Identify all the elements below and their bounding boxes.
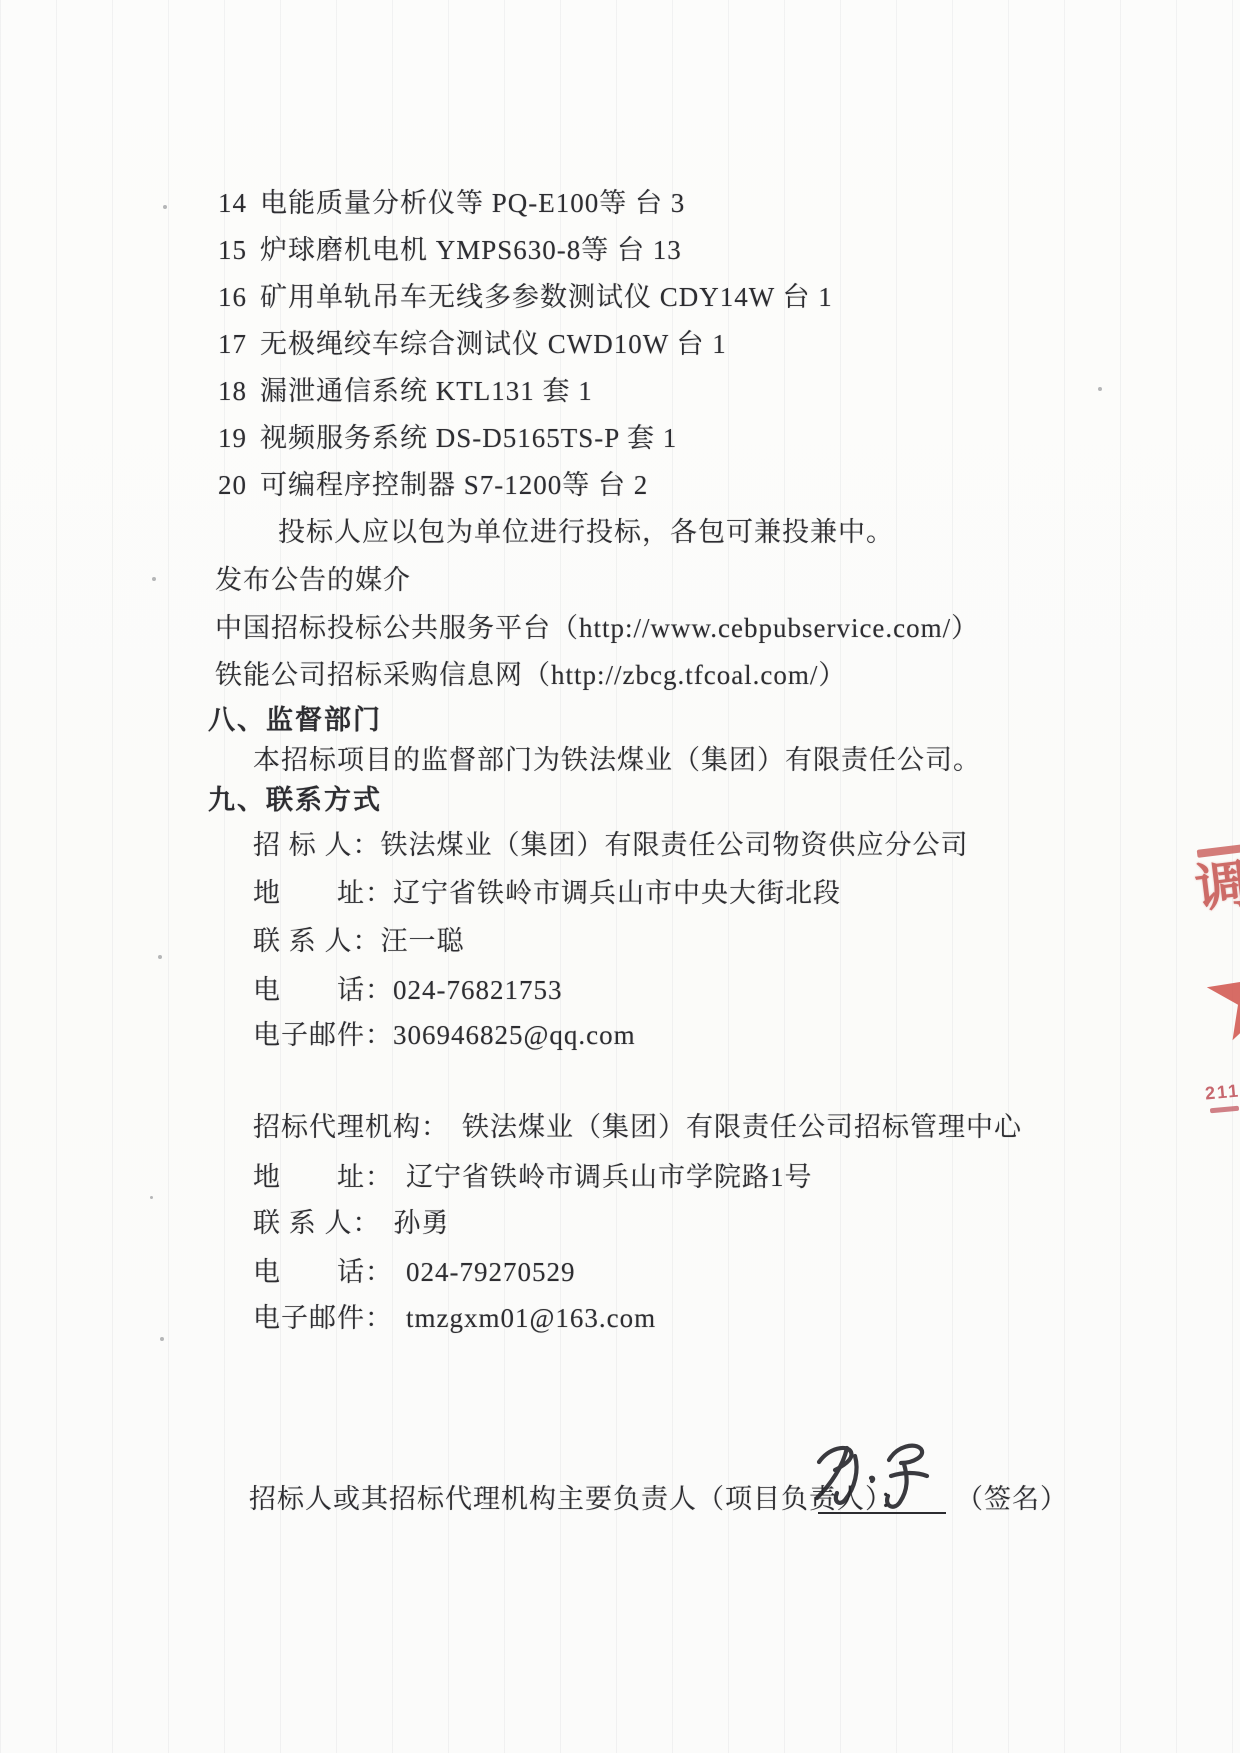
field-label: 联 系 人： [253, 924, 381, 958]
bidding-note: 投标人应以包为单位进行投标，各包可兼投兼中。 [278, 515, 894, 549]
field-value: tmzgxm01@163.com [406, 1301, 656, 1335]
section8-body: 本招标项目的监督部门为铁法煤业（集团）有限责任公司。 [253, 743, 981, 777]
item-number: 20 [218, 468, 247, 502]
item-number: 16 [218, 280, 247, 314]
agency-row-name: 招标代理机构：铁法煤业（集团）有限责任公司招标管理中心 [253, 1110, 1022, 1144]
agency-row-address: 地 址：辽宁省铁岭市调兵山市学院路1号 [253, 1160, 813, 1194]
item-number: 18 [218, 374, 247, 408]
item-text: 可编程序控制器 S7-1200等 台 2 [260, 468, 648, 502]
field-value: 024-79270529 [406, 1255, 576, 1289]
scan-speck [163, 205, 167, 209]
bid-item-19: 19视频服务系统 DS-D5165TS-P 套 1 [218, 421, 677, 455]
signature-suffix: （签名） [956, 1482, 1068, 1516]
agency-row-contact: 联 系 人：孙勇 [253, 1206, 450, 1240]
field-label: 电子邮件： [253, 1018, 393, 1052]
scan-speck [158, 955, 162, 959]
section9-heading: 九、联系方式 [208, 783, 382, 817]
field-value: 孙勇 [394, 1206, 450, 1240]
tenderer-row-contact: 联 系 人：汪一聪 [253, 924, 465, 958]
item-text: 视频服务系统 DS-D5165TS-P 套 1 [260, 421, 677, 455]
bid-item-16: 16矿用单轨吊车无线多参数测试仪 CDY14W 台 1 [218, 280, 833, 314]
field-label: 地 址： [253, 876, 393, 910]
bid-item-20: 20可编程序控制器 S7-1200等 台 2 [218, 468, 648, 502]
section8-heading: 八、监督部门 [208, 703, 382, 737]
field-label: 电 话： [253, 973, 393, 1007]
bid-item-14: 14电能质量分析仪等 PQ-E100等 台 3 [218, 186, 685, 220]
tenderer-row-phone: 电 话：024-76821753 [253, 973, 563, 1007]
seal-digits: 211 [1204, 1081, 1240, 1104]
field-value: 306946825@qq.com [393, 1018, 636, 1052]
bid-item-15: 15炉球磨机电机 YMPS630-8等 台 13 [218, 233, 682, 267]
media-platform-2: 铁能公司招标采购信息网（http://zbcg.tfcoal.com/） [215, 658, 846, 692]
agency-row-email: 电子邮件：tmzgxm01@163.com [253, 1301, 656, 1335]
item-number: 14 [218, 186, 247, 220]
scan-speck [152, 577, 156, 581]
red-seal-fragment: 调 [1193, 855, 1240, 921]
seal-digits-underline [1210, 1106, 1239, 1114]
item-text: 漏泄通信系统 KTL131 套 1 [260, 374, 593, 408]
field-value: 024-76821753 [393, 973, 563, 1007]
bid-item-18: 18漏泄通信系统 KTL131 套 1 [218, 374, 593, 408]
bid-item-17: 17无极绳绞车综合测试仪 CWD10W 台 1 [218, 327, 727, 361]
field-label: 联 系 人： [253, 1206, 381, 1240]
tenderer-row-address: 地 址：辽宁省铁岭市调兵山市中央大街北段 [253, 876, 841, 910]
signature-underline [818, 1512, 946, 1514]
item-text: 电能质量分析仪等 PQ-E100等 台 3 [260, 186, 685, 220]
media-heading: 发布公告的媒介 [215, 563, 411, 597]
item-text: 无极绳绞车综合测试仪 CWD10W 台 1 [260, 327, 727, 361]
field-value: 汪一聪 [381, 924, 465, 958]
handwritten-signature [805, 1436, 955, 1522]
field-value: 铁法煤业（集团）有限责任公司招标管理中心 [462, 1110, 1022, 1144]
field-label: 招 标 人： [253, 828, 381, 862]
field-value: 辽宁省铁岭市调兵山市中央大街北段 [393, 876, 841, 910]
scanned-document-page: 14电能质量分析仪等 PQ-E100等 台 3 15炉球磨机电机 YMPS630… [0, 0, 1240, 1753]
field-label: 地 址： [253, 1160, 393, 1194]
tenderer-row-name: 招 标 人：铁法煤业（集团）有限责任公司物资供应分公司 [253, 828, 969, 862]
field-label: 招标代理机构： [253, 1110, 449, 1144]
field-label: 电 话： [253, 1255, 393, 1289]
tenderer-row-email: 电子邮件：306946825@qq.com [253, 1018, 636, 1052]
scan-speck [150, 1196, 153, 1199]
agency-row-phone: 电 话：024-79270529 [253, 1255, 576, 1289]
media-platform-1: 中国招标投标公共服务平台（http://www.cebpubservice.co… [215, 611, 979, 645]
item-number: 19 [218, 421, 247, 455]
field-label: 电子邮件： [253, 1301, 393, 1335]
scan-speck [160, 1337, 164, 1341]
red-star-icon [1198, 938, 1240, 1058]
item-number: 15 [218, 233, 247, 267]
field-value: 铁法煤业（集团）有限责任公司物资供应分公司 [381, 828, 969, 862]
item-text: 矿用单轨吊车无线多参数测试仪 CDY14W 台 1 [260, 280, 833, 314]
item-number: 17 [218, 327, 247, 361]
item-text: 炉球磨机电机 YMPS630-8等 台 13 [260, 233, 682, 267]
scan-speck [1098, 387, 1102, 391]
field-value: 辽宁省铁岭市调兵山市学院路1号 [406, 1160, 813, 1194]
